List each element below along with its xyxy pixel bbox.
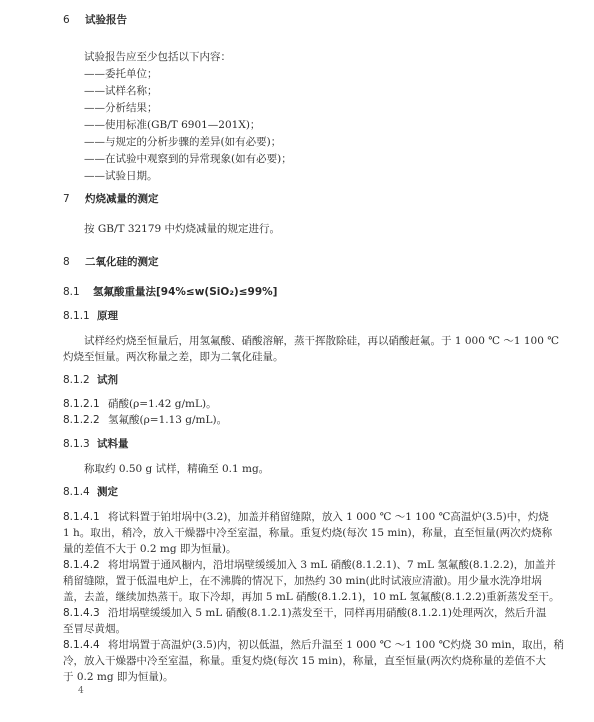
section-8-1-3-body: 称取约 0.50 g 试样，精确至 0.1 mg。 bbox=[84, 462, 269, 476]
list-item: ——与规定的分析步骤的差异(如有必要)； bbox=[84, 135, 281, 149]
step-number: 8.1.4.2 bbox=[63, 558, 108, 572]
step-line: 冷，放入干燥器中冷至室温，称量。重复灼烧(每次 15 min)，称量，直至恒量(… bbox=[63, 654, 546, 668]
step-number: 8.1.4.1 bbox=[63, 510, 108, 524]
step-line: 稍留缝隙，置于低温电炉上，在不沸腾的情况下，加热约 30 min(此时试液应清澈… bbox=[63, 574, 542, 588]
item-text: 氢氟酸(ρ=1.13 g/mL)。 bbox=[108, 414, 227, 426]
list-item: ——试验日期。 bbox=[84, 169, 158, 183]
section-title: 氢氟酸重量法[94%≤w(SiO₂)≤99%] bbox=[93, 286, 277, 298]
section-number: 8.1.2 bbox=[63, 373, 97, 387]
section-number: 8.1.1 bbox=[63, 309, 97, 323]
section-8-heading: 8二氧化硅的测定 bbox=[63, 255, 159, 269]
page-number: 4 bbox=[78, 686, 84, 696]
step-line: 至冒尽黄烟。 bbox=[63, 622, 126, 636]
paragraph-line: 灼烧至恒量。两次称量之差，即为二氧化硅量。 bbox=[63, 350, 284, 364]
paragraph-line: 试样经灼烧至恒量后，用氢氟酸、硝酸溶解，蒸干挥散除硅，再以硝酸赶氟。于 1 00… bbox=[84, 334, 559, 348]
section-title: 原理 bbox=[97, 310, 118, 322]
section-number: 8.1.3 bbox=[63, 437, 97, 451]
section-6-heading: 6试验报告 bbox=[63, 13, 127, 27]
step-text: 将试料置于铂坩埚中(3.2)，加盖并稍留缝隙，放入 1 000 ℃ ～1 100… bbox=[108, 511, 549, 523]
step-text: 将坩埚置于通风橱内，沿坩埚壁缓缓加入 3 mL 硝酸(8.1.2.1)、7 mL… bbox=[108, 559, 556, 571]
step-line: 于 0.2 mg 即为恒量)。 bbox=[63, 670, 174, 684]
item-number: 8.1.2.2 bbox=[63, 413, 108, 427]
list-item: ——在试验中观察到的异常现象(如有必要)； bbox=[84, 152, 292, 166]
step-line: 盖，去盖，继续加热蒸干。取下冷却，再加 5 mL 硝酸(8.1.2.1)，10 … bbox=[63, 590, 559, 604]
section-6-intro: 试验报告应至少包括以下内容： bbox=[84, 50, 231, 64]
step-number: 8.1.4.3 bbox=[63, 606, 108, 620]
step-text: 沿坩埚壁缓缓加入 5 mL 硝酸(8.1.2.1)蒸发至干，同样再用硝酸(8.1… bbox=[108, 607, 546, 619]
section-title: 测定 bbox=[97, 486, 118, 498]
list-item: ——分析结果； bbox=[84, 101, 158, 115]
section-title: 灼烧减量的测定 bbox=[85, 193, 159, 205]
section-title: 试料量 bbox=[97, 438, 129, 450]
reagent-item: 8.1.2.1硝酸(ρ=1.42 g/mL)。 bbox=[63, 397, 217, 411]
step-number: 8.1.4.4 bbox=[63, 638, 108, 652]
section-8-1-3-heading: 8.1.3试料量 bbox=[63, 437, 129, 451]
step-line: 8.1.4.2将坩埚置于通风橱内，沿坩埚壁缓缓加入 3 mL 硝酸(8.1.2.… bbox=[63, 558, 556, 572]
step-line: 1 h。取出，稍冷，放入干燥器中冷至室温，称量。重复灼烧(每次 15 min)，… bbox=[63, 526, 552, 540]
list-item: ——使用标准(GB/T 6901—201X)； bbox=[84, 118, 260, 132]
section-title: 试剂 bbox=[97, 374, 118, 386]
section-8-1-2-heading: 8.1.2试剂 bbox=[63, 373, 118, 387]
list-item: ——试样名称； bbox=[84, 84, 158, 98]
step-text: 将坩埚置于高温炉(3.5)内，初以低温，然后升温至 1 000 ℃ ～1 100… bbox=[108, 639, 564, 651]
step-line: 8.1.4.3沿坩埚壁缓缓加入 5 mL 硝酸(8.1.2.1)蒸发至干，同样再… bbox=[63, 606, 546, 620]
list-item: ——委托单位； bbox=[84, 67, 158, 81]
step-line: 8.1.4.1将试料置于铂坩埚中(3.2)，加盖并稍留缝隙，放入 1 000 ℃… bbox=[63, 510, 549, 524]
section-title: 试验报告 bbox=[85, 14, 127, 26]
item-number: 8.1.2.1 bbox=[63, 397, 108, 411]
section-number: 8.1.4 bbox=[63, 485, 97, 499]
section-number: 6 bbox=[63, 13, 85, 27]
section-7-heading: 7灼烧减量的测定 bbox=[63, 192, 159, 206]
section-8-1-heading: 8.1氢氟酸重量法[94%≤w(SiO₂)≤99%] bbox=[63, 285, 277, 299]
section-8-1-4-heading: 8.1.4测定 bbox=[63, 485, 118, 499]
section-7-body: 按 GB/T 32179 中灼烧减量的规定进行。 bbox=[84, 222, 280, 236]
section-number: 7 bbox=[63, 192, 85, 206]
reagent-item: 8.1.2.2氢氟酸(ρ=1.13 g/mL)。 bbox=[63, 413, 227, 427]
section-title: 二氧化硅的测定 bbox=[85, 256, 159, 268]
section-number: 8.1 bbox=[63, 285, 93, 299]
step-line: 量的差值不大于 0.2 mg 即为恒量)。 bbox=[63, 542, 237, 556]
section-8-1-1-heading: 8.1.1原理 bbox=[63, 309, 118, 323]
item-text: 硝酸(ρ=1.42 g/mL)。 bbox=[108, 398, 217, 410]
section-number: 8 bbox=[63, 255, 85, 269]
step-line: 8.1.4.4将坩埚置于高温炉(3.5)内，初以低温，然后升温至 1 000 ℃… bbox=[63, 638, 564, 652]
